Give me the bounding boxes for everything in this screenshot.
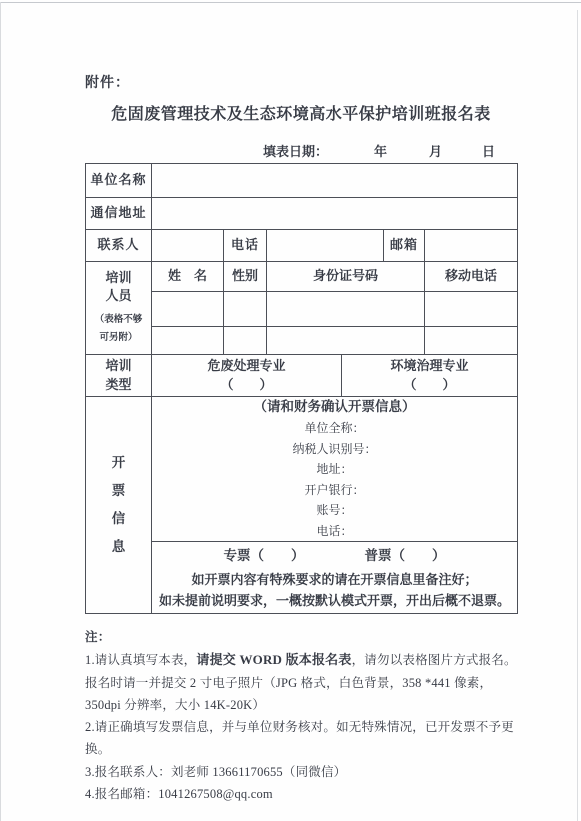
trainee2-mobile-cell	[425, 327, 518, 355]
phone-value-cell	[267, 230, 384, 262]
invoice-field-company-name: 单位全称：	[152, 418, 517, 439]
contact-value-cell	[152, 230, 224, 262]
invoice-field-bank: 开户银行：	[152, 480, 517, 501]
email-value-cell	[425, 230, 518, 262]
invoice-field-tax-id: 纳税人识别号：	[152, 439, 517, 460]
invoice-field-account: 账号：	[152, 500, 517, 521]
unit-name-value-cell	[152, 164, 518, 198]
trainees-label-cell: 培训 人员 （表格不够 可另附）	[86, 262, 152, 355]
contact-row: 联系人 电话 邮箱	[86, 230, 518, 262]
invoice-remark-note-1: 如开票内容有特殊要求的请在开票信息里备注好；	[152, 570, 517, 591]
email-label: 邮箱	[384, 230, 425, 262]
unit-name-label: 单位名称	[86, 164, 152, 198]
scanned-document-page: 附件： 危固废管理技术及生态环境高水平保护培训班报名表 填表日期： 年 月 日 …	[0, 0, 581, 821]
trainee1-gender-cell	[224, 292, 267, 327]
col-header-gender: 性别	[224, 262, 267, 292]
day-label: 日	[482, 141, 495, 160]
note-item-2: 2.请正确填写发票信息，并与单位财务核对。如无特殊情况，已开发票不予更换。	[85, 716, 522, 761]
training-type-label-cell: 培训 类型	[86, 355, 152, 397]
invoice-confirm-note: （请和财务确认开票信息）	[152, 397, 517, 417]
notes-label: 注：	[85, 626, 522, 648]
document-content: 附件： 危固废管理技术及生态环境高水平保护培训班报名表 填表日期： 年 月 日 …	[85, 72, 517, 805]
trainee2-name-cell	[152, 327, 224, 355]
trainee1-name-cell	[152, 292, 224, 327]
trainees-header-row: 培训 人员 （表格不够 可另附） 姓 名 性别 身份证号码 移动电话	[86, 262, 518, 292]
contact-label: 联系人	[86, 230, 152, 262]
address-label: 通信地址	[86, 198, 152, 230]
phone-label: 电话	[224, 230, 267, 262]
scan-edge-top	[0, 2, 581, 3]
trainees-label-line1: 培训	[86, 269, 151, 287]
training-type-option-environment: 环境治理专业 （ ）	[342, 355, 518, 397]
col-header-name: 姓 名	[152, 262, 224, 292]
note-item-1: 1.请认真填写本表，请提交 WORD 版本报名表，请勿以表格图片方式报名。报名时…	[85, 648, 522, 716]
trainee1-id-cell	[267, 292, 425, 327]
fill-date-line: 填表日期： 年 月 日	[85, 141, 517, 160]
note-item-3: 3.报名联系人：刘老师 13661170655（同微信）	[85, 761, 522, 783]
general-ticket-option: 普票（ ）	[365, 547, 446, 566]
scan-edge-right	[577, 10, 578, 821]
registration-form-table: 单位名称 通信地址 联系人 电话 邮箱 培训 人员	[85, 163, 518, 614]
invoice-details-row: 开 票 信 息 （请和财务确认开票信息） 单位全称： 纳税人识别号： 地址： 开…	[86, 397, 518, 542]
invoice-field-phone: 电话：	[152, 521, 517, 542]
unit-name-row: 单位名称	[86, 164, 518, 198]
training-type-option-hazardous: 危废处理专业 （ ）	[152, 355, 342, 397]
address-row: 通信地址	[86, 198, 518, 230]
address-value-cell	[152, 198, 518, 230]
fill-date-label: 填表日期：	[263, 141, 328, 160]
special-ticket-option: 专票（ ）	[224, 547, 305, 566]
invoice-field-address: 地址：	[152, 459, 517, 480]
col-header-mobile: 移动电话	[425, 262, 518, 292]
trainee2-gender-cell	[224, 327, 267, 355]
training-type-row: 培训 类型 危废处理专业 （ ） 环境治理专业 （ ）	[86, 355, 518, 397]
trainee2-id-cell	[267, 327, 425, 355]
year-label: 年	[374, 141, 387, 160]
scan-edge-left	[0, 2, 1, 821]
invoice-remark-note-2: 如未提前说明要求，一概按默认模式开票，开出后概不退票。	[152, 591, 517, 612]
trainees-label-line2: 人员	[86, 287, 151, 305]
invoice-ticket-cell: 专票（ ） 普票（ ） 如开票内容有特殊要求的请在开票信息里备注好； 如未提前说…	[152, 542, 518, 614]
note-item-1-bold: 请提交 WORD 版本报名表	[196, 652, 351, 667]
invoice-details-cell: （请和财务确认开票信息） 单位全称： 纳税人识别号： 地址： 开户银行： 账号：…	[152, 397, 518, 542]
ticket-type-line: 专票（ ） 普票（ ）	[152, 547, 517, 566]
trainee1-mobile-cell	[425, 292, 518, 327]
note-item-4: 4.报名邮箱：1041267508@qq.com	[85, 783, 522, 805]
trainees-note: （表格不够 可另附）	[86, 311, 151, 347]
invoice-label-cell: 开 票 信 息	[86, 397, 152, 614]
month-label: 月	[429, 141, 442, 160]
col-header-id-number: 身份证号码	[267, 262, 425, 292]
page-title: 危固废管理技术及生态环境高水平保护培训班报名表	[85, 101, 517, 124]
footnotes: 注： 1.请认真填写本表，请提交 WORD 版本报名表，请勿以表格图片方式报名。…	[85, 626, 522, 805]
attachment-label: 附件：	[85, 72, 517, 92]
